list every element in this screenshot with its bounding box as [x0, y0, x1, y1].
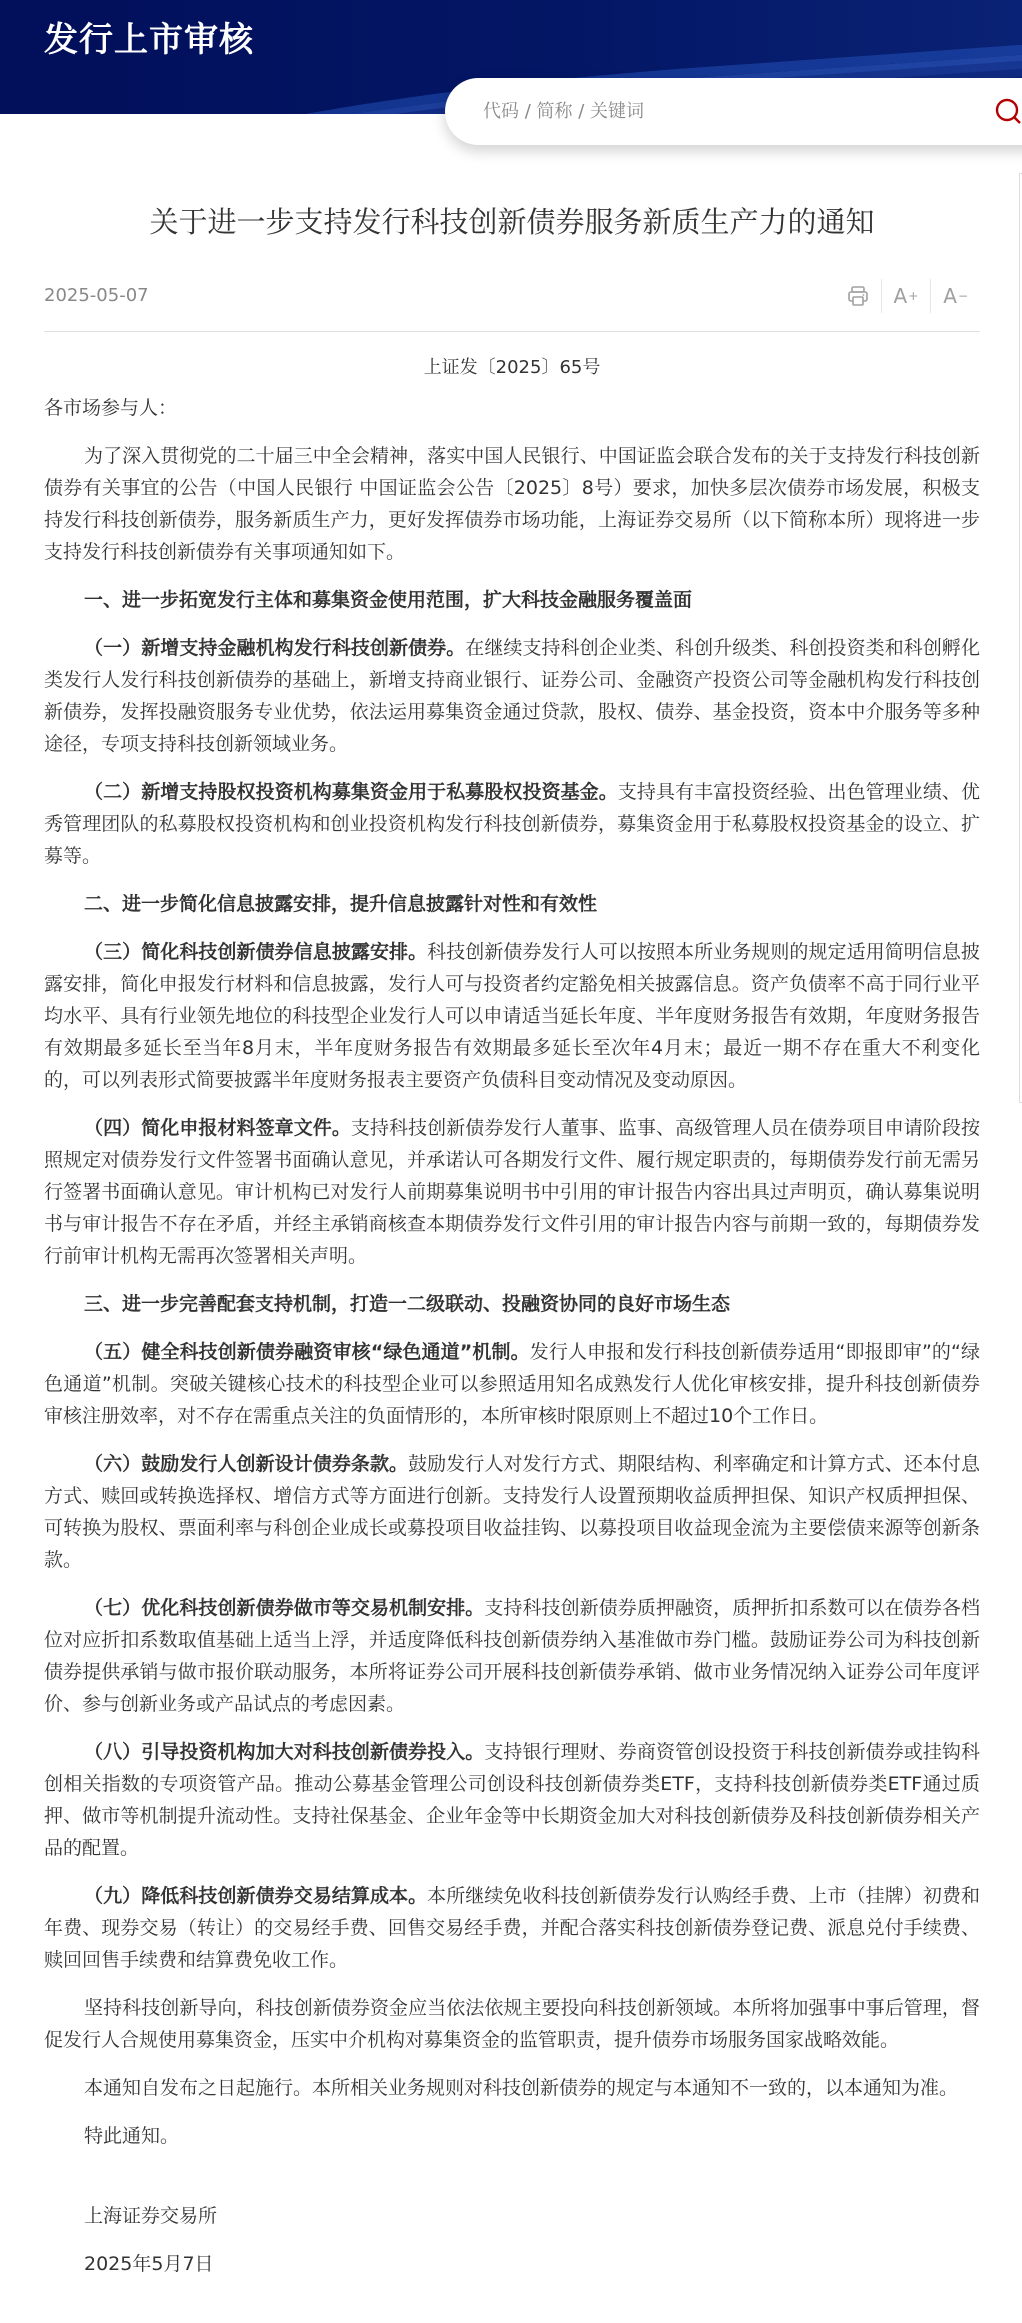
plus-icon: + — [908, 289, 918, 303]
search-icon[interactable] — [995, 98, 1021, 124]
item-lead: （八）引导投资机构加大对科技创新债券投入。 — [84, 1741, 484, 1763]
item-lead: （五）健全科技创新债券融资审核“绿色通道”机制。 — [84, 1341, 530, 1363]
font-decrease-button[interactable]: A− — [930, 279, 980, 313]
article-meta: 2025-05-07 A+ A− — [44, 276, 980, 332]
section-heading-2: 二、进一步简化信息披露安排，提升信息披露针对性和有效性 — [44, 888, 980, 920]
item-lead: （四）简化申报材料签章文件。 — [84, 1117, 351, 1139]
publish-date: 2025-05-07 — [44, 285, 149, 306]
item-lead: （一）新增支持金融机构发行科技创新债券。 — [84, 637, 465, 659]
font-decrease-label: A — [943, 284, 957, 308]
search-bar — [445, 78, 1022, 145]
section-heading-1: 一、进一步拓宽发行主体和募集资金使用范围，扩大科技金融服务覆盖面 — [44, 584, 980, 616]
article-body: 各市场参与人： 为了深入贯彻党的二十届三中全会精神，落实中国人民银行、中国证监会… — [44, 392, 980, 2280]
item-lead: （六）鼓励发行人创新设计债券条款。 — [84, 1453, 408, 1475]
greeting: 各市场参与人： — [44, 392, 980, 424]
item-paragraph: （七）优化科技创新债券做市等交易机制安排。支持科技创新债券质押融资，质押折扣系数… — [44, 1592, 980, 1720]
item-paragraph: （三）简化科技创新债券信息披露安排。科技创新债券发行人可以按照本所业务规则的规定… — [44, 936, 980, 1096]
document-number: 上证发〔2025〕65号 — [44, 352, 980, 384]
section-heading-3: 三、进一步完善配套支持机制，打造一二级联动、投融资协同的良好市场生态 — [44, 1288, 980, 1320]
item-paragraph: （八）引导投资机构加大对科技创新债券投入。支持银行理财、券商资管创设投资于科技创… — [44, 1736, 980, 1864]
closing-paragraph: 坚持科技创新导向，科技创新债券资金应当依法依规主要投向科技创新领域。本所将加强事… — [44, 1992, 980, 2056]
item-lead: （九）降低科技创新债券交易结算成本。 — [84, 1885, 427, 1907]
font-increase-label: A — [894, 284, 908, 308]
article-tools: A+ A− — [835, 279, 981, 313]
item-text: 科技创新债券发行人可以按照本所业务规则的规定适用简明信息披露安排，简化申报发行材… — [44, 941, 980, 1091]
item-paragraph: （六）鼓励发行人创新设计债券条款。鼓励发行人对发行方式、期限结构、利率确定和计算… — [44, 1448, 980, 1576]
item-paragraph: （五）健全科技创新债券融资审核“绿色通道”机制。发行人申报和发行科技创新债券适用… — [44, 1336, 980, 1432]
article-title: 关于进一步支持发行科技创新债券服务新质生产力的通知 — [44, 190, 980, 254]
minus-icon: − — [958, 289, 968, 303]
signature-org: 上海证券交易所 — [44, 2200, 980, 2232]
item-paragraph: （四）简化申报材料签章文件。支持科技创新债券发行人董事、监事、高级管理人员在债券… — [44, 1112, 980, 1272]
intro-paragraph: 为了深入贯彻党的二十届三中全会精神，落实中国人民银行、中国证监会联合发布的关于支… — [44, 440, 980, 568]
section-title: 发行上市审核 — [44, 12, 254, 61]
font-increase-button[interactable]: A+ — [881, 279, 931, 313]
item-lead: （七）优化科技创新债券做市等交易机制安排。 — [84, 1597, 484, 1619]
signature-date: 2025年5月7日 — [44, 2248, 980, 2280]
item-paragraph: （一）新增支持金融机构发行科技创新债券。在继续支持科创企业类、科创升级类、科创投… — [44, 632, 980, 760]
closing-paragraph: 本通知自发布之日起施行。本所相关业务规则对科技创新债券的规定与本通知不一致的，以… — [44, 2072, 980, 2104]
item-text: 支持科技创新债券发行人董事、监事、高级管理人员在债券项目申请阶段按照规定对债券发… — [44, 1117, 980, 1267]
print-icon — [847, 285, 869, 307]
article: 关于进一步支持发行科技创新债券服务新质生产力的通知 2025-05-07 A+ … — [44, 190, 980, 2280]
item-paragraph: （九）降低科技创新债券交易结算成本。本所继续免收科技创新债券发行认购经手费、上市… — [44, 1880, 980, 1976]
print-button[interactable] — [835, 279, 881, 313]
item-lead: （二）新增支持股权投资机构募集资金用于私募股权投资基金。 — [84, 781, 618, 803]
item-paragraph: （二）新增支持股权投资机构募集资金用于私募股权投资基金。支持具有丰富投资经验、出… — [44, 776, 980, 872]
search-input[interactable] — [483, 101, 963, 122]
item-lead: （三）简化科技创新债券信息披露安排。 — [84, 941, 427, 963]
closing-notice: 特此通知。 — [44, 2120, 980, 2152]
